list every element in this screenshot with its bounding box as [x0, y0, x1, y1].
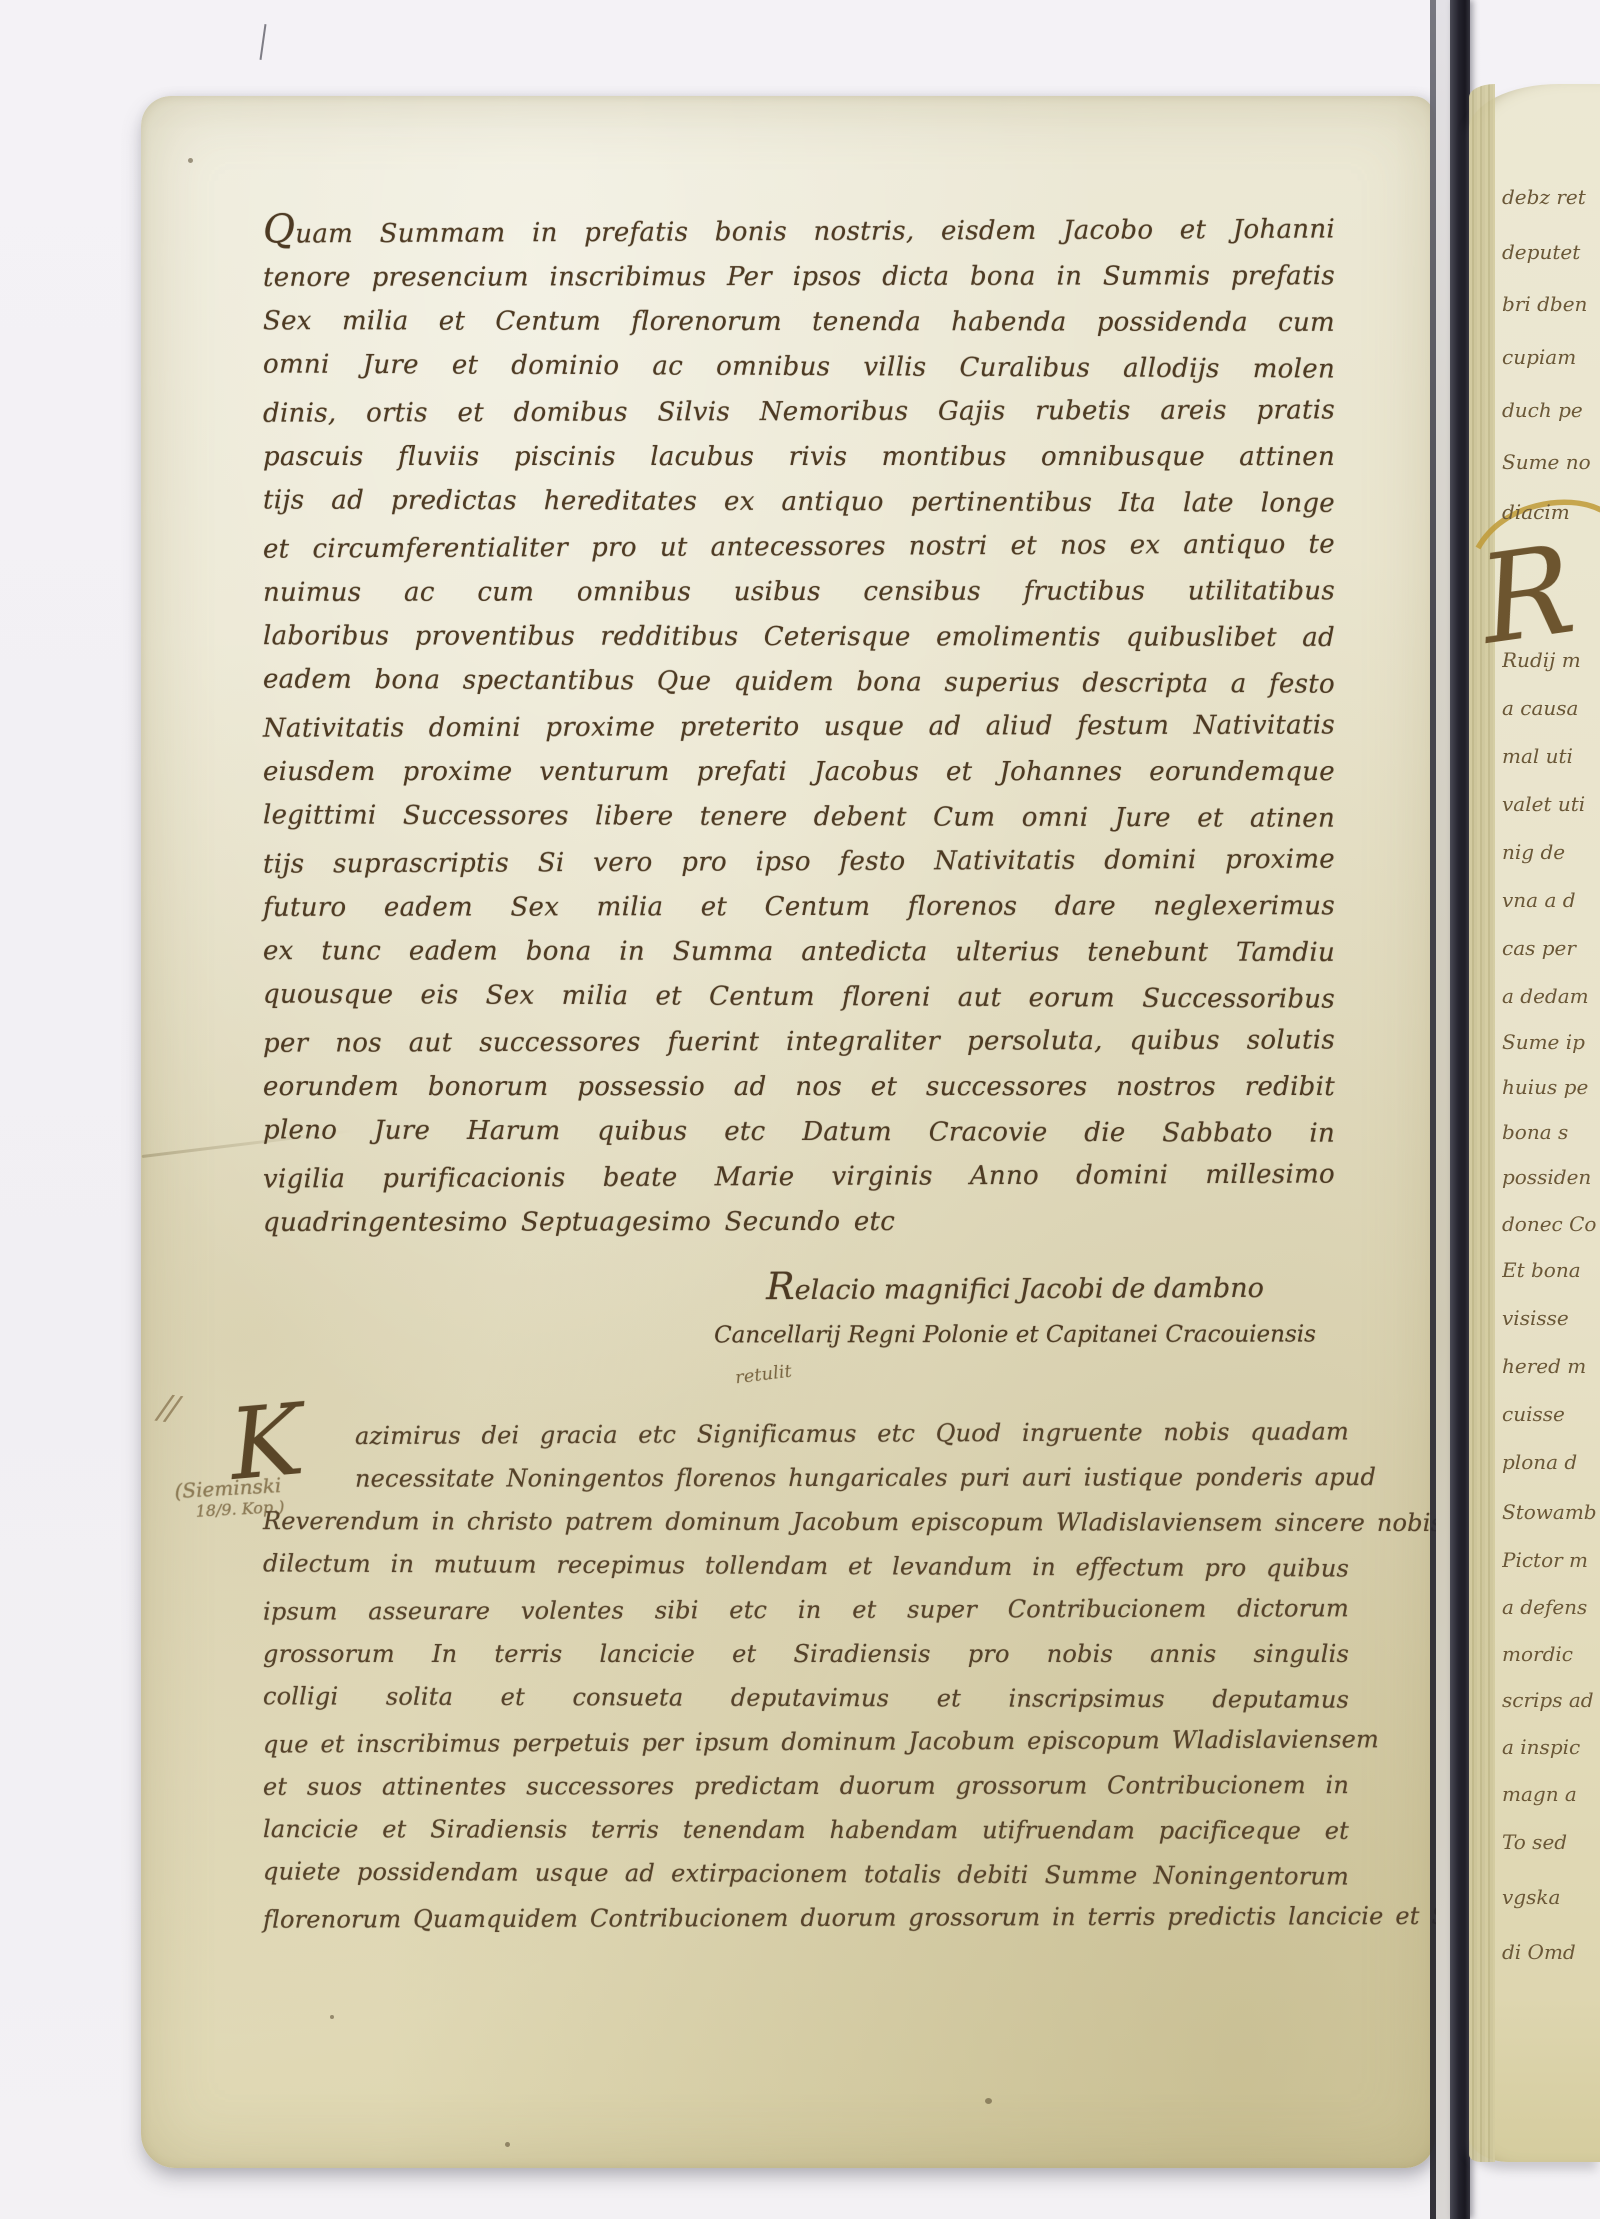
text-line: Sex milia et Centum florenorum tenenda h…: [263, 299, 1335, 346]
relatio-note: Relacio magnifici Jacobi de dambnoCancel…: [695, 1262, 1335, 1357]
manuscript-scan: Quam Summam in prefatis bonis nostris, e…: [0, 0, 1600, 2219]
adjacent-page-text-fragment: vna a d: [1502, 888, 1600, 912]
adjacent-page-text-fragment: Sume no: [1502, 450, 1600, 474]
text-line: nuimus ac cum omnibus usibus censibus fr…: [263, 569, 1335, 616]
text-line: dinis, ortis et domibus Silvis Nemoribus…: [263, 388, 1335, 436]
text-line: ex tunc eadem bona in Summa antedicta ul…: [263, 929, 1335, 976]
text-line: quadringentesimo Septuagesimo Secundo et…: [263, 1199, 1335, 1246]
text-line: pascuis fluviis piscinis lacubus rivis m…: [263, 435, 1335, 480]
text-line: per nos aut successores fuerint integral…: [263, 1018, 1335, 1066]
right-page-edge: R debz retdeputetbri dbencupiamduch peSu…: [1469, 84, 1600, 2162]
adjacent-page-text-fragment: duch pe: [1502, 398, 1600, 422]
adjacent-page-text-fragment: To sed: [1502, 1830, 1600, 1854]
adjacent-page-text-fragment: mordic: [1502, 1642, 1600, 1666]
text-line: eiusdem proxime venturum prefati Jacobus…: [263, 750, 1335, 795]
text-line: et suos attinentes successores predictam…: [263, 1763, 1349, 1809]
text-line: quiete possidendam usque ad extirpacione…: [263, 1849, 1349, 1898]
text-line: Reverendum in christo patrem dominum Jac…: [263, 1499, 1349, 1545]
adjacent-page-text-fragment: hered m: [1502, 1354, 1600, 1378]
text-line: Relacio magnifici Jacobi de dambno: [695, 1260, 1335, 1314]
text-line: eorundem bonorum possessio ad nos et suc…: [263, 1065, 1335, 1110]
initial-letter: R: [1473, 528, 1581, 662]
text-line: tijs ad predictas hereditates ex antiquo…: [263, 478, 1335, 526]
adjacent-page-text-fragment: cupiam: [1502, 345, 1600, 369]
adjacent-page-text-fragment: Sume ip: [1502, 1030, 1600, 1054]
text-line: lancicie et Siradiensis terris tenendam …: [263, 1807, 1349, 1853]
text-line: azimirus dei gracia etc Significamus etc…: [263, 1409, 1349, 1458]
adjacent-page-text-fragment: diacim: [1502, 500, 1600, 524]
interlinear-note: retulit: [734, 1361, 793, 1389]
adjacent-page-text-fragment: di Omd: [1502, 1940, 1600, 1964]
text-line: necessitate Noningentos florenos hungari…: [263, 1455, 1349, 1501]
adjacent-page-text-fragment: cuisse: [1502, 1402, 1600, 1426]
adjacent-page-text-fragment: huius pe: [1502, 1075, 1600, 1099]
text-line: Quam Summam in prefatis bonis nostris, e…: [263, 202, 1335, 257]
text-line: colligi solita et consueta deputavimus e…: [263, 1674, 1349, 1721]
adjacent-page-text-fragment: bona s: [1502, 1120, 1600, 1144]
book-gutter: [1450, 0, 1470, 2219]
adjacent-page-text-fragment: deputet: [1502, 240, 1600, 264]
adjacent-page-text-fragment: a defens: [1502, 1595, 1600, 1619]
adjacent-page-text-fragment: cas per: [1502, 936, 1600, 960]
adjacent-page-text-fragment: possiden: [1502, 1165, 1600, 1189]
text-line: omni Jure et dominio ac omnibus villis C…: [263, 342, 1335, 392]
page-fore-edge: [1469, 84, 1495, 2162]
text-line: quousque eis Sex milia et Centum floreni…: [263, 972, 1335, 1022]
adjacent-page-text-fragment: mal uti: [1502, 744, 1600, 768]
adjacent-page-text-fragment: valet uti: [1502, 792, 1600, 816]
adjacent-page-text-fragment: Stowamb: [1502, 1500, 1600, 1524]
paragraph-1: Quam Summam in prefatis bonis nostris, e…: [263, 205, 1335, 1245]
ink-speck: [330, 2015, 334, 2019]
adjacent-page-text-fragment: a dedam: [1502, 984, 1600, 1008]
binding-gap: [1436, 0, 1450, 2219]
adjacent-page-text-fragment: bri dben: [1502, 292, 1600, 316]
text-line: Nativitatis domini proxime preterito usq…: [263, 703, 1335, 751]
paragraph-2: azimirus dei gracia etc Significamus etc…: [263, 1412, 1349, 1940]
ink-speck: [505, 2142, 510, 2147]
text-line: florenorum Quamquidem Contribucionem duo…: [263, 1894, 1349, 1941]
adjacent-page-text-fragment: nig de: [1502, 840, 1600, 864]
margin-slash-mark: ∕∕: [156, 1387, 178, 1429]
adjacent-page-text-fragment: Et bona: [1502, 1258, 1600, 1282]
ink-speck: [985, 2098, 992, 2104]
adjacent-page-text-fragment: donec Co: [1502, 1212, 1600, 1236]
adjacent-page-text-fragment: plona d: [1502, 1450, 1600, 1474]
text-line: vigilia purificacionis beate Marie virgi…: [263, 1152, 1335, 1202]
adjacent-page-text-fragment: a inspic: [1502, 1735, 1600, 1759]
text-line: eadem bona spectantibus Que quidem bona …: [263, 657, 1335, 707]
text-line: pleno Jure Harum quibus etc Datum Cracov…: [263, 1108, 1335, 1156]
text-line: dilectum in mutuum recepimus tollendam e…: [263, 1541, 1349, 1590]
text-line: laboribus proventibus redditibus Ceteris…: [263, 614, 1335, 661]
adjacent-page-text-fragment: visisse: [1502, 1306, 1600, 1330]
adjacent-page-text-fragment: a causa: [1502, 696, 1600, 720]
scan-artifact: [260, 24, 267, 60]
adjacent-page-text-fragment: Pictor m: [1502, 1548, 1600, 1572]
ink-speck: [188, 158, 193, 163]
text-line: tijs suprascriptis Si vero pro ipso fest…: [263, 837, 1335, 887]
text-line: tenore presencium inscribimus Per ipsos …: [263, 254, 1335, 301]
adjacent-page-text-fragment: debz ret: [1502, 185, 1600, 209]
text-line: legittimi Successores libere tenere debe…: [263, 793, 1335, 841]
text-line: que et inscribimus perpetuis per ipsum d…: [263, 1717, 1349, 1766]
adjacent-page-text-fragment: scrips ad: [1502, 1688, 1600, 1712]
text-line: ipsum asseurare volentes sibi etc in et …: [263, 1586, 1349, 1633]
left-page: Quam Summam in prefatis bonis nostris, e…: [141, 96, 1435, 2168]
text-line: Cancellarij Regni Polonie et Capitanei C…: [695, 1312, 1335, 1357]
text-line: et circumferentialiter pro ut antecessor…: [263, 522, 1335, 572]
adjacent-page-text-fragment: Rudij m: [1502, 648, 1600, 672]
adjacent-page-text-fragment: magn a: [1502, 1782, 1600, 1806]
text-line: futuro eadem Sex milia et Centum floreno…: [263, 884, 1335, 931]
adjacent-page-text-fragment: vgska: [1502, 1885, 1600, 1909]
text-line: grossorum In terris lancicie et Siradien…: [263, 1632, 1349, 1676]
